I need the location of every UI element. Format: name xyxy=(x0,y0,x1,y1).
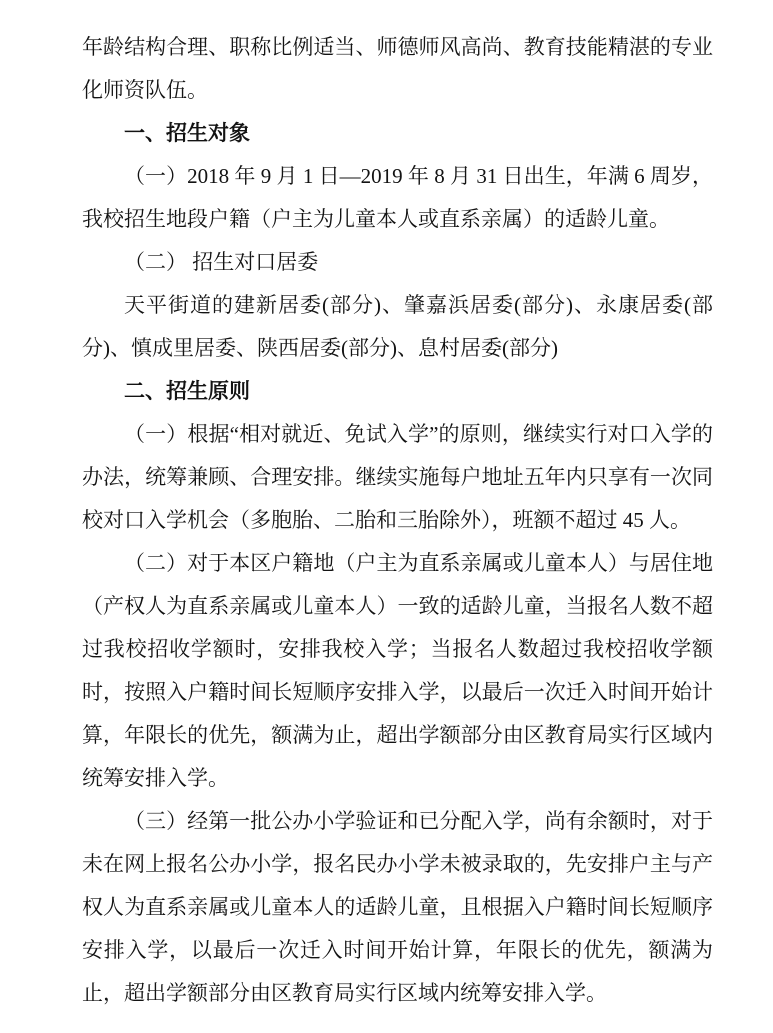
paragraph-neighborhood-committees-label: （二） 招生对口居委 xyxy=(82,241,713,284)
paragraph-principle-1-proximity: （一）根据“相对就近、免试入学”的原则，继续实行对口入学的办法，统筹兼顾、合理安… xyxy=(82,413,713,542)
section-heading-enrollment-targets: 一、招生对象 xyxy=(82,112,713,155)
paragraph-neighborhood-committees-list: 天平街道的建新居委(部分)、肇嘉浜居委(部分)、永康居委(部分)、慎成里居委、陕… xyxy=(82,284,713,370)
paragraph-teacher-team-continuation: 年龄结构合理、职称比例适当、师德师风高尚、教育技能精湛的专业化师资队伍。 xyxy=(82,26,713,112)
paragraph-principle-3-remaining-quota: （三）经第一批公办小学验证和已分配入学，尚有余额时，对于未在网上报名公办小学，报… xyxy=(82,800,713,1015)
paragraph-principle-2-household-residence: （二）对于本区户籍地（户主为直系亲属或儿童本人）与居住地（产权人为直系亲属或儿童… xyxy=(82,542,713,800)
paragraph-birthdate-eligibility: （一）2018 年 9 月 1 日—2019 年 8 月 31 日出生，年满 6… xyxy=(82,155,713,241)
section-heading-enrollment-principles: 二、招生原则 xyxy=(82,370,713,413)
document-page: 年龄结构合理、职称比例适当、师德师风高尚、教育技能精湛的专业化师资队伍。 一、招… xyxy=(0,0,773,1033)
